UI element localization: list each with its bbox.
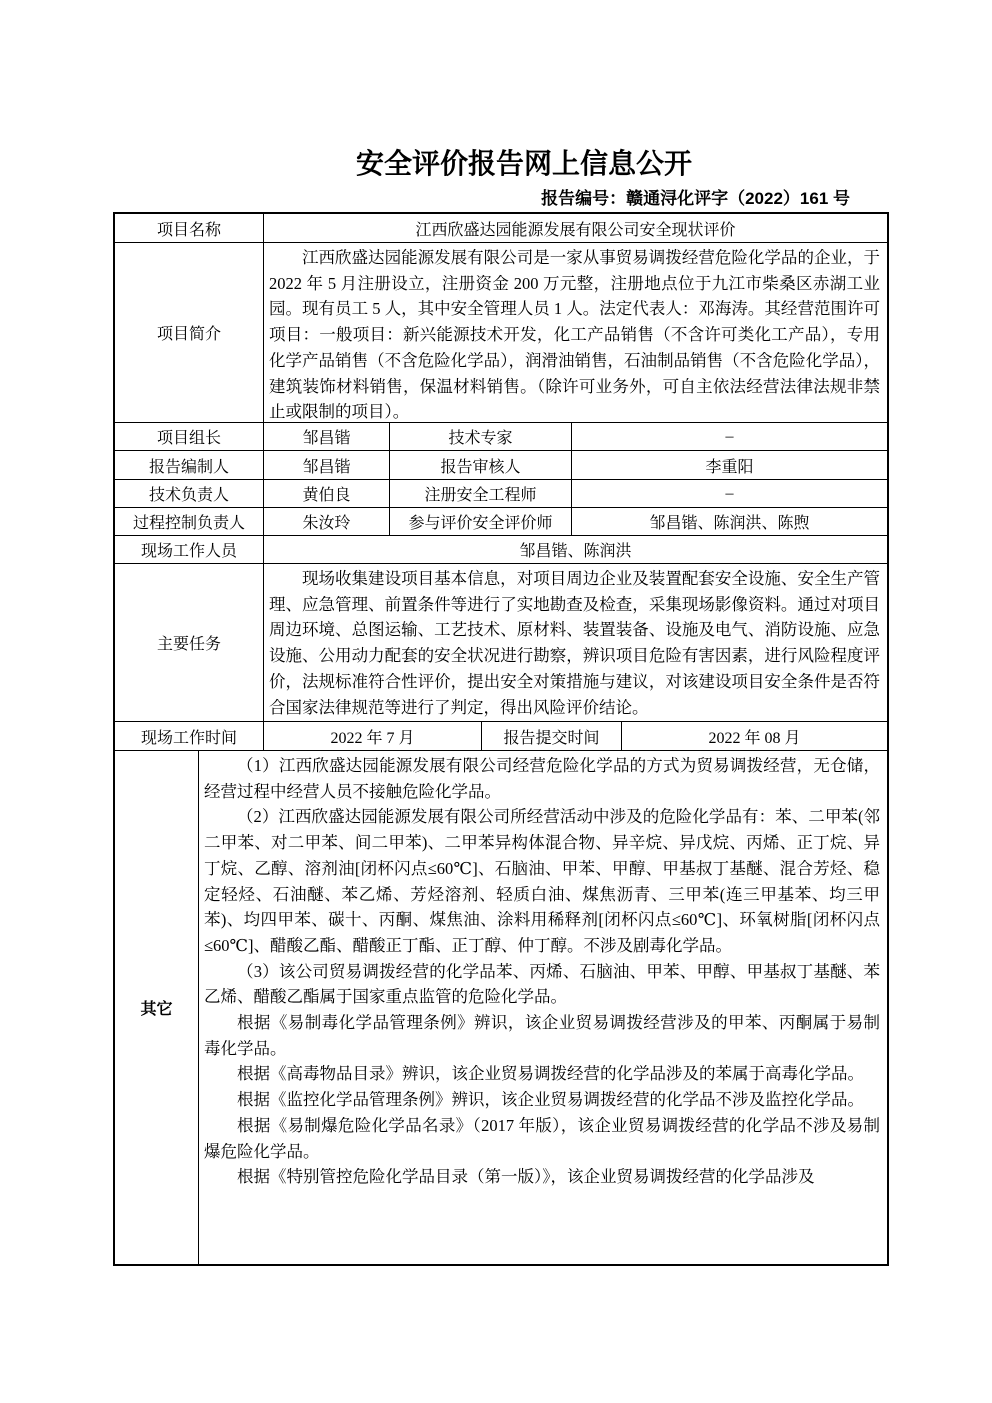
tech-expert-value: –	[572, 423, 887, 451]
main-task-paragraph: 现场收集建设项目基本信息，对项目周边企业及装置配套安全设施、安全生产管理、应急管…	[269, 566, 880, 720]
other-paragraph-2: （2）江西欣盛达园能源发展有限公司所经营活动中涉及的危险化学品有：苯、二甲苯(邻…	[204, 804, 880, 958]
site-work-time-label: 现场工作时间	[115, 722, 264, 751]
row-project-intro: 项目简介 江西欣盛达园能源发展有限公司是一家从事贸易调拨经营危险化学品的企业，于…	[115, 243, 887, 423]
report-reviewer-label: 报告审核人	[390, 451, 572, 480]
process-control-label: 过程控制负责人	[115, 508, 264, 536]
tech-expert-label: 技术专家	[390, 423, 572, 451]
report-submit-time-value: 2022 年 08 月	[622, 722, 887, 751]
other-paragraph-6: 根据《监控化学品管理条例》辨识，该企业贸易调拨经营的化学品不涉及监控化学品。	[204, 1087, 880, 1113]
row-site-staff: 现场工作人员 邹昌锴、陈润洪	[115, 536, 887, 564]
row-report-author: 报告编制人 邹昌锴 报告审核人 李重阳	[115, 451, 887, 480]
report-number: 报告编号：赣通浔化评字（2022）161 号	[113, 184, 850, 209]
project-leader-value: 邹昌锴	[264, 423, 390, 451]
evaluators-label: 参与评价安全评价师	[390, 508, 572, 536]
other-label: 其它	[115, 751, 199, 1264]
evaluators-value: 邹昌锴、陈润洪、陈煦	[572, 508, 887, 536]
row-other: 其它 （1）江西欣盛达园能源发展有限公司经营危险化学品的方式为贸易调拨经营，无仓…	[115, 751, 887, 1264]
main-task-value: 现场收集建设项目基本信息，对项目周边企业及装置配套安全设施、安全生产管理、应急管…	[264, 564, 887, 722]
safety-engineer-label: 注册安全工程师	[390, 480, 572, 508]
tech-lead-value: 黄伯良	[264, 480, 390, 508]
project-intro-label: 项目简介	[115, 243, 264, 423]
row-process-control: 过程控制负责人 朱汝玲 参与评价安全评价师 邹昌锴、陈润洪、陈煦	[115, 508, 887, 536]
document-page: 安全评价报告网上信息公开 报告编号：赣通浔化评字（2022）161 号 项目名称…	[0, 0, 992, 1403]
row-main-task: 主要任务 现场收集建设项目基本信息，对项目周边企业及装置配套安全设施、安全生产管…	[115, 564, 887, 722]
project-name-label: 项目名称	[115, 214, 264, 243]
other-paragraph-7: 根据《易制爆危险化学品名录》（2017 年版），该企业贸易调拨经营的化学品不涉及…	[204, 1113, 880, 1164]
other-paragraph-5: 根据《高毒物品目录》辨识，该企业贸易调拨经营的化学品涉及的苯属于高毒化学品。	[204, 1061, 880, 1087]
row-tech-lead: 技术负责人 黄伯良 注册安全工程师 –	[115, 480, 887, 508]
project-intro-paragraph: 江西欣盛达园能源发展有限公司是一家从事贸易调拨经营危险化学品的企业，于 2022…	[269, 245, 880, 423]
report-author-value: 邹昌锴	[264, 451, 390, 480]
other-paragraph-4: 根据《易制毒化学品管理条例》辨识，该企业贸易调拨经营涉及的甲苯、丙酮属于易制毒化…	[204, 1010, 880, 1061]
report-reviewer-value: 李重阳	[572, 451, 887, 480]
tech-lead-label: 技术负责人	[115, 480, 264, 508]
other-value: （1）江西欣盛达园能源发展有限公司经营危险化学品的方式为贸易调拨经营，无仓储，经…	[199, 751, 887, 1264]
report-submit-time-label: 报告提交时间	[482, 722, 622, 751]
report-author-label: 报告编制人	[115, 451, 264, 480]
safety-engineer-value: –	[572, 480, 887, 508]
project-intro-value: 江西欣盛达园能源发展有限公司是一家从事贸易调拨经营危险化学品的企业，于 2022…	[264, 243, 887, 423]
project-name-value: 江西欣盛达园能源发展有限公司安全现状评价	[264, 214, 887, 243]
site-staff-value: 邹昌锴、陈润洪	[264, 536, 887, 564]
row-work-time: 现场工作时间 2022 年 7 月 报告提交时间 2022 年 08 月	[115, 722, 887, 751]
project-leader-label: 项目组长	[115, 423, 264, 451]
site-work-time-value: 2022 年 7 月	[264, 722, 482, 751]
site-staff-label: 现场工作人员	[115, 536, 264, 564]
other-paragraph-8: 根据《特别管控危险化学品目录（第一版）》，该企业贸易调拨经营的化学品涉及	[204, 1164, 880, 1190]
other-paragraph-3: （3）该公司贸易调拨经营的化学品苯、丙烯、石脑油、甲苯、甲醇、甲基叔丁基醚、苯乙…	[204, 959, 880, 1010]
info-table: 项目名称 江西欣盛达园能源发展有限公司安全现状评价 项目简介 江西欣盛达园能源发…	[113, 212, 889, 1266]
process-control-value: 朱汝玲	[264, 508, 390, 536]
main-task-label: 主要任务	[115, 564, 264, 722]
row-project-name: 项目名称 江西欣盛达园能源发展有限公司安全现状评价	[115, 214, 887, 243]
document-title: 安全评价报告网上信息公开	[138, 146, 910, 182]
other-paragraph-1: （1）江西欣盛达园能源发展有限公司经营危险化学品的方式为贸易调拨经营，无仓储，经…	[204, 753, 880, 804]
row-project-leader: 项目组长 邹昌锴 技术专家 –	[115, 423, 887, 451]
